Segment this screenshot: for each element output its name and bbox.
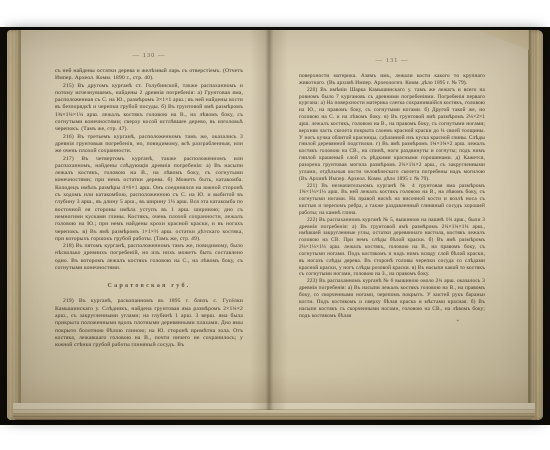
footnote-mark: * xyxy=(299,320,485,326)
left-page-deckle-edge xyxy=(7,30,21,420)
right-page: — 131 — поверхности материка. Азямъ имъ,… xyxy=(269,30,533,402)
text-paragraph: поверхности материка. Азямъ имъ, лежали … xyxy=(299,73,485,87)
text-paragraph: 219) Въ курганѣ, раскопанномъ въ 1895 г.… xyxy=(55,298,243,349)
text-paragraph: 218) Въ пятомъ курганѣ, расположенномъ т… xyxy=(55,243,243,272)
text-paragraph: 215) Въ другомъ курганѣ ст. Голубинской,… xyxy=(55,83,243,134)
text-paragraph: 216) Въ третьемъ курганѣ, расположенномъ… xyxy=(55,134,243,156)
open-book: — 130 — съ ней найдены остатки дерева и … xyxy=(7,30,543,420)
text-paragraph: съ ней найдены остатки дерева и желѣзный… xyxy=(55,68,243,83)
text-paragraph: 223) Въ распаханномъ курганѣ № 6 вышиною… xyxy=(299,278,485,319)
section-heading-saratov-gubernia: Саратовская губ. xyxy=(55,282,243,289)
left-page: — 130 — съ ней найдены остатки дерева и … xyxy=(21,30,269,396)
book-gutter-shadow xyxy=(250,30,288,410)
text-paragraph: 220) Въ имѣніи Шарка Камышинскаго у. там… xyxy=(299,87,485,183)
right-page-number: — 131 — xyxy=(299,57,485,64)
book-photograph: — 130 — съ ней найдены остатки дерева и … xyxy=(0,0,550,450)
text-paragraph: 217) Въ четвертомъ курганѣ, также распол… xyxy=(55,156,243,244)
text-paragraph: 221) Въ незначительномъ курганѣ № 4 грун… xyxy=(299,183,485,217)
text-paragraph: 222) Въ распаханномъ курганѣ № 5, вышино… xyxy=(299,217,485,279)
photo-dark-background: — 130 — съ ней найдены остатки дерева и … xyxy=(0,27,550,425)
left-page-number: — 130 — xyxy=(55,52,243,59)
